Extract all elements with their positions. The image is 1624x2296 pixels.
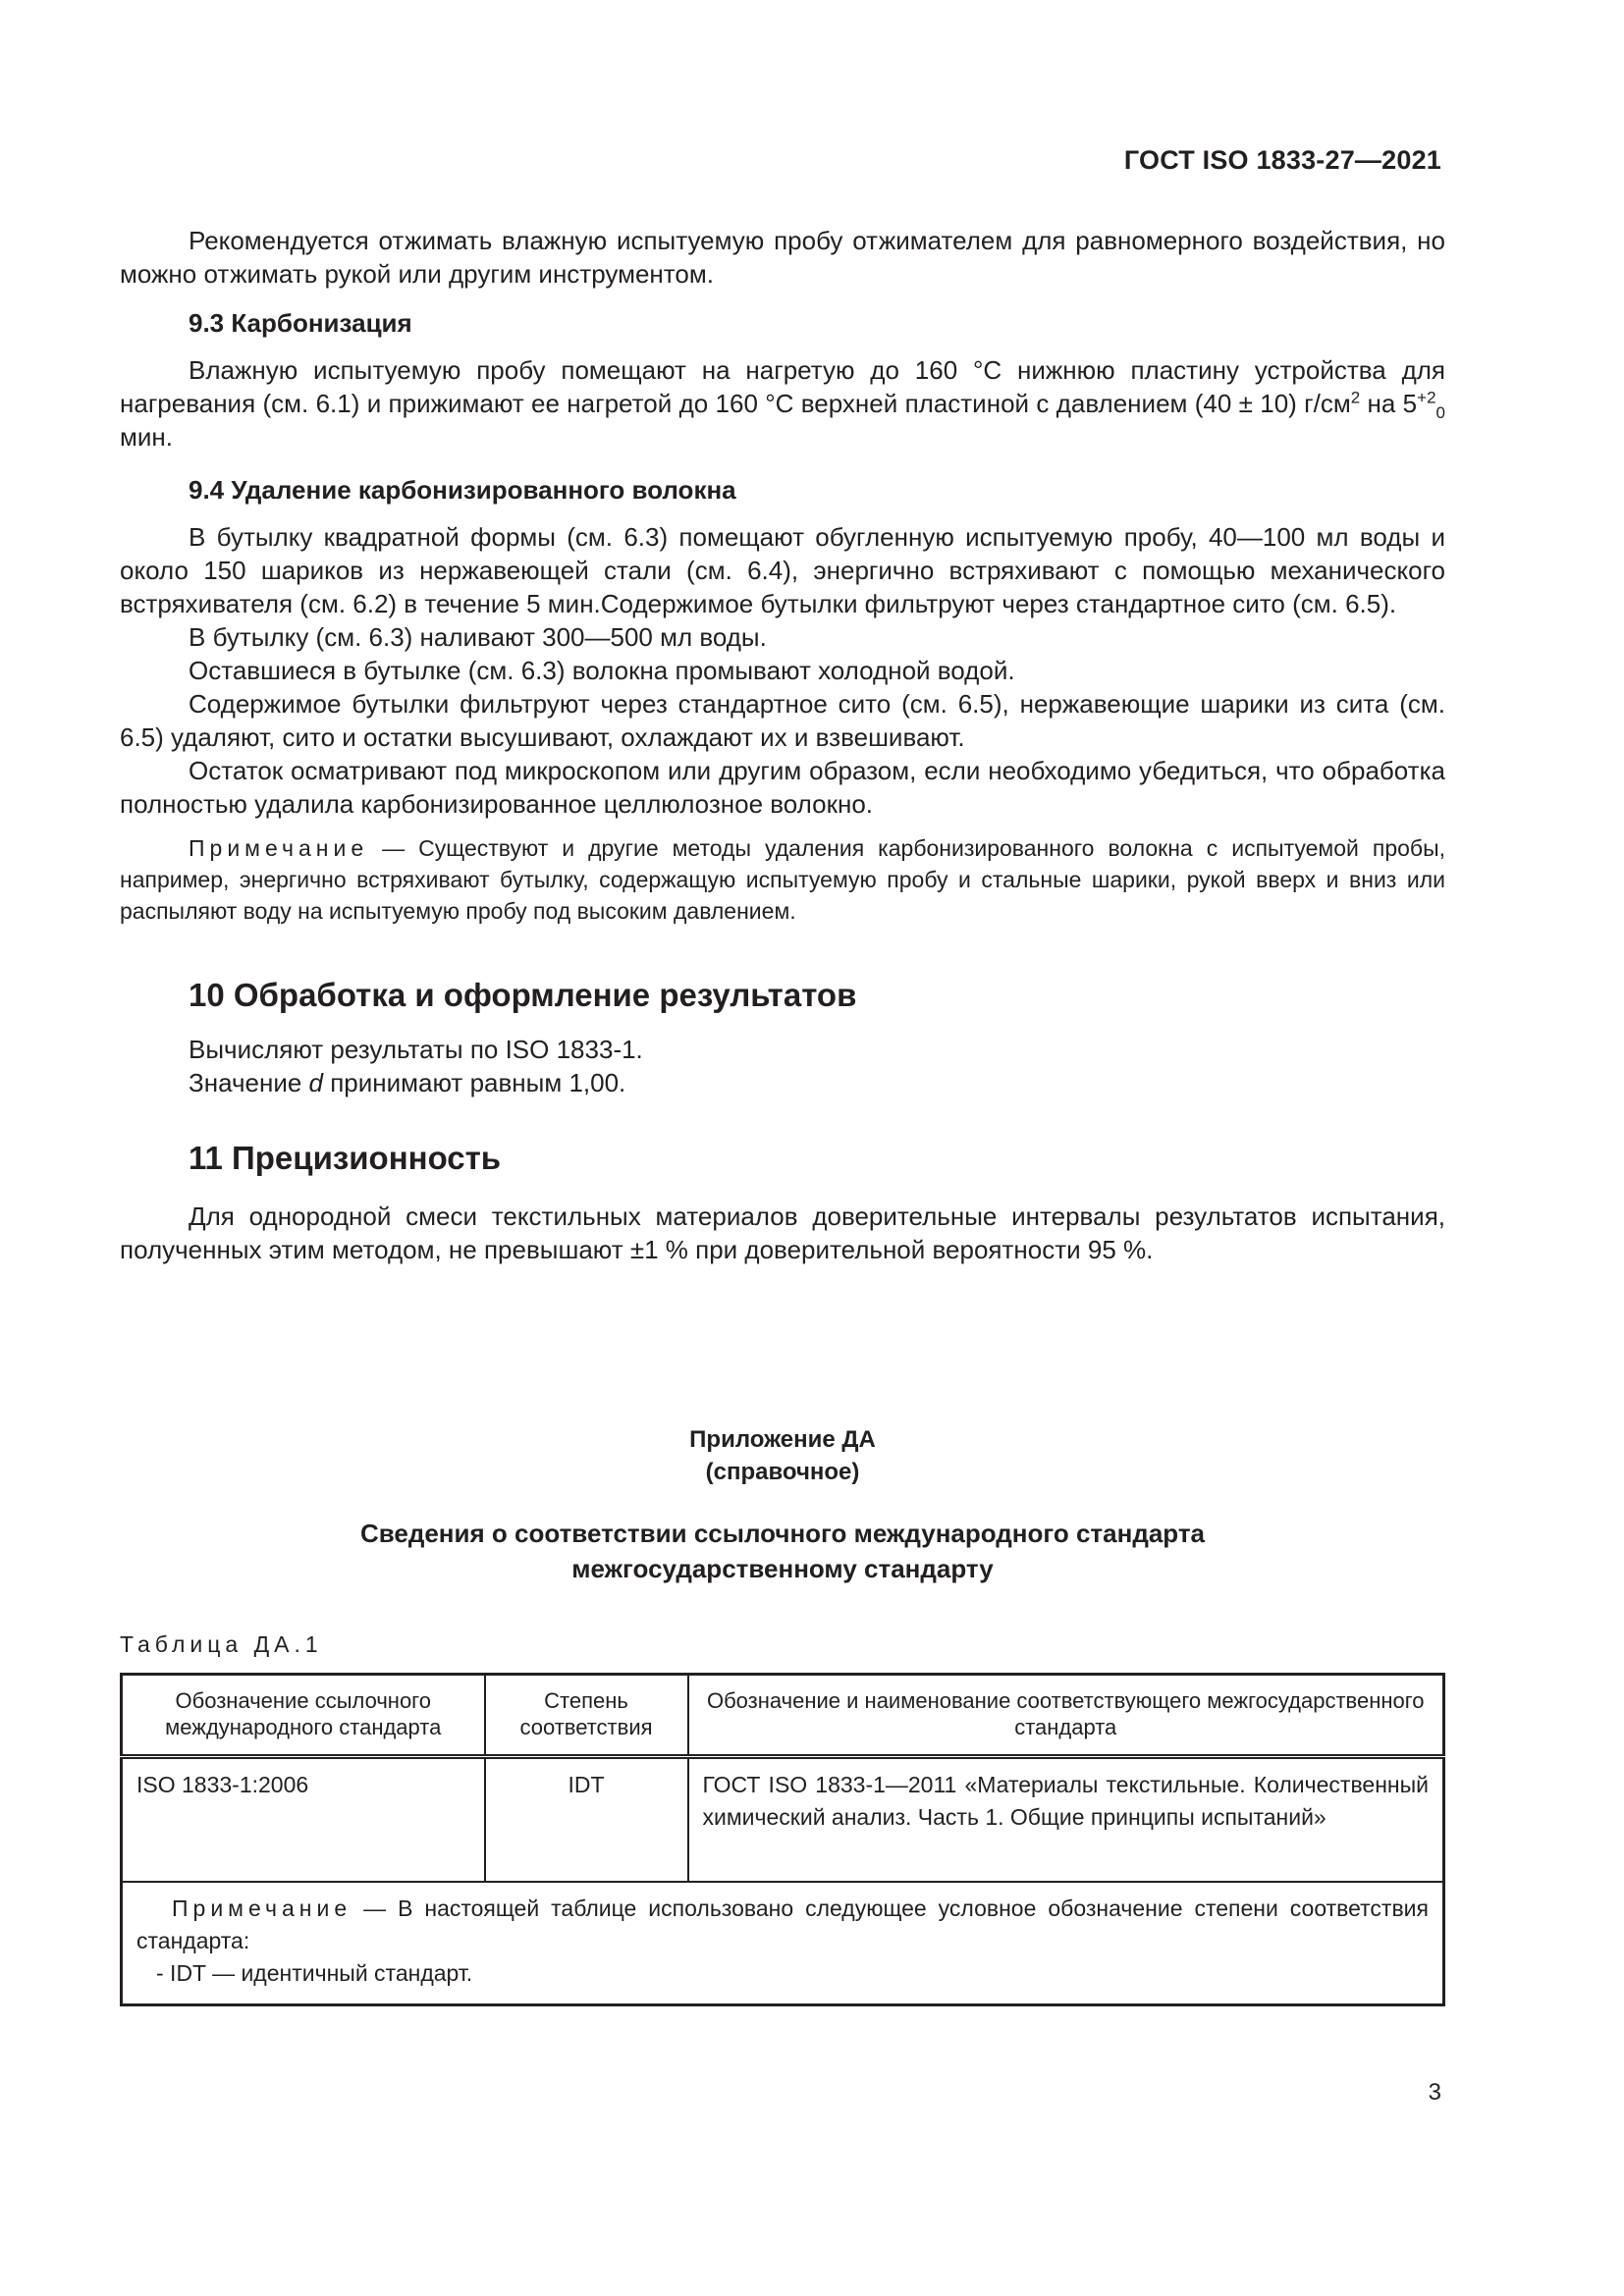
- note-label: Примечание: [189, 835, 368, 861]
- section-9-3-heading: 9.3 Карбонизация: [189, 306, 1445, 340]
- section-9-4-paragraph: В бутылку (см. 6.3) наливают 300—500 мл …: [120, 620, 1445, 654]
- page-content: Рекомендуется отжимать влажную испытуему…: [120, 224, 1445, 2006]
- section-9-4-paragraph: Оставшиеся в бутылке (см. 6.3) волокна п…: [120, 654, 1445, 687]
- time-prefix: на 5: [1360, 389, 1417, 418]
- unit-superscript: 2: [1351, 388, 1360, 406]
- page-number: 3: [1429, 2079, 1441, 2107]
- appendix-label: Приложение ДА: [120, 1423, 1445, 1456]
- header-international-standard: Обозначение ссылочного международного ст…: [122, 1675, 485, 1757]
- header-interstate-standard: Обозначение и наименование соответствующ…: [688, 1675, 1444, 1757]
- document-code: ГОСТ ISO 1833-27—2021: [1124, 145, 1441, 176]
- table-note: Примечание — В настоящей таблице использ…: [122, 1882, 1444, 2005]
- section-9-4-heading: 9.4 Удаление карбонизированного волокна: [189, 473, 1445, 507]
- variable-d: d: [309, 1068, 323, 1097]
- section-10-heading: 10 Обработка и оформление результатов: [189, 976, 1445, 1015]
- appendix-title-line-2: межгосударственному стандарту: [120, 1551, 1445, 1586]
- table-note-row: Примечание — В настоящей таблице использ…: [122, 1882, 1444, 2005]
- section-9-4-paragraph: В бутылку квадратной формы (см. 6.3) пом…: [120, 520, 1445, 620]
- table-row: ISO 1833-1:2006 IDT ГОСТ ISO 1833-1—2011…: [122, 1757, 1444, 1883]
- section-10-line-2: Значение d принимают равным 1,00.: [189, 1066, 1445, 1099]
- cell-international-standard: ISO 1833-1:2006: [122, 1757, 485, 1883]
- time-tolerance-sup: +2: [1417, 388, 1435, 406]
- section-9-3-text-main: Влажную испытуемую пробу помещают на наг…: [120, 355, 1445, 418]
- time-suffix: мин.: [120, 422, 173, 452]
- appendix: Приложение ДА (справочное) Сведения о со…: [120, 1423, 1445, 2006]
- appendix-title-line-1: Сведения о соответствии ссылочного между…: [120, 1516, 1445, 1551]
- line2-suffix: принимают равным 1,00.: [323, 1068, 625, 1097]
- header-degree-of-correspondence: Степень соответствия: [485, 1675, 688, 1757]
- table-note-label: Примечание: [172, 1896, 352, 1921]
- correspondence-table: Обозначение ссылочного международного ст…: [120, 1673, 1445, 2006]
- intro-paragraph: Рекомендуется отжимать влажную испытуему…: [120, 224, 1445, 291]
- section-9-4-note: Примечание — Существуют и другие методы …: [120, 832, 1445, 927]
- section-10-line-1: Вычисляют результаты по ISO 1833-1.: [189, 1033, 1445, 1066]
- section-11-text: Для однородной смеси текстильных материа…: [120, 1200, 1445, 1266]
- section-9-4-paragraph: Остаток осматривают под микроскопом или …: [120, 754, 1445, 821]
- table-header-row: Обозначение ссылочного международного ст…: [122, 1675, 1444, 1757]
- table-note-bullet: - IDT — идентичный стандарт.: [156, 1957, 1429, 1990]
- table-label: Таблица ДА.1: [120, 1629, 1445, 1659]
- document-page: ГОСТ ISO 1833-27—2021 Рекомендуется отжи…: [0, 0, 1624, 2296]
- section-9-4-paragraph: Содержимое бутылки фильтруют через станд…: [120, 687, 1445, 754]
- appendix-kind: (справочное): [120, 1456, 1445, 1488]
- line2-prefix: Значение: [189, 1068, 309, 1097]
- section-11-heading: 11 Прецизионность: [189, 1139, 1445, 1178]
- cell-interstate-standard: ГОСТ ISO 1833-1—2011 «Материалы текстиль…: [688, 1757, 1444, 1883]
- section-9-3-text: Влажную испытуемую пробу помещают на наг…: [120, 353, 1445, 454]
- cell-degree: IDT: [485, 1757, 688, 1883]
- table-label-text: Таблица ДА.1: [120, 1631, 323, 1657]
- time-tolerance-sub: 0: [1436, 403, 1445, 422]
